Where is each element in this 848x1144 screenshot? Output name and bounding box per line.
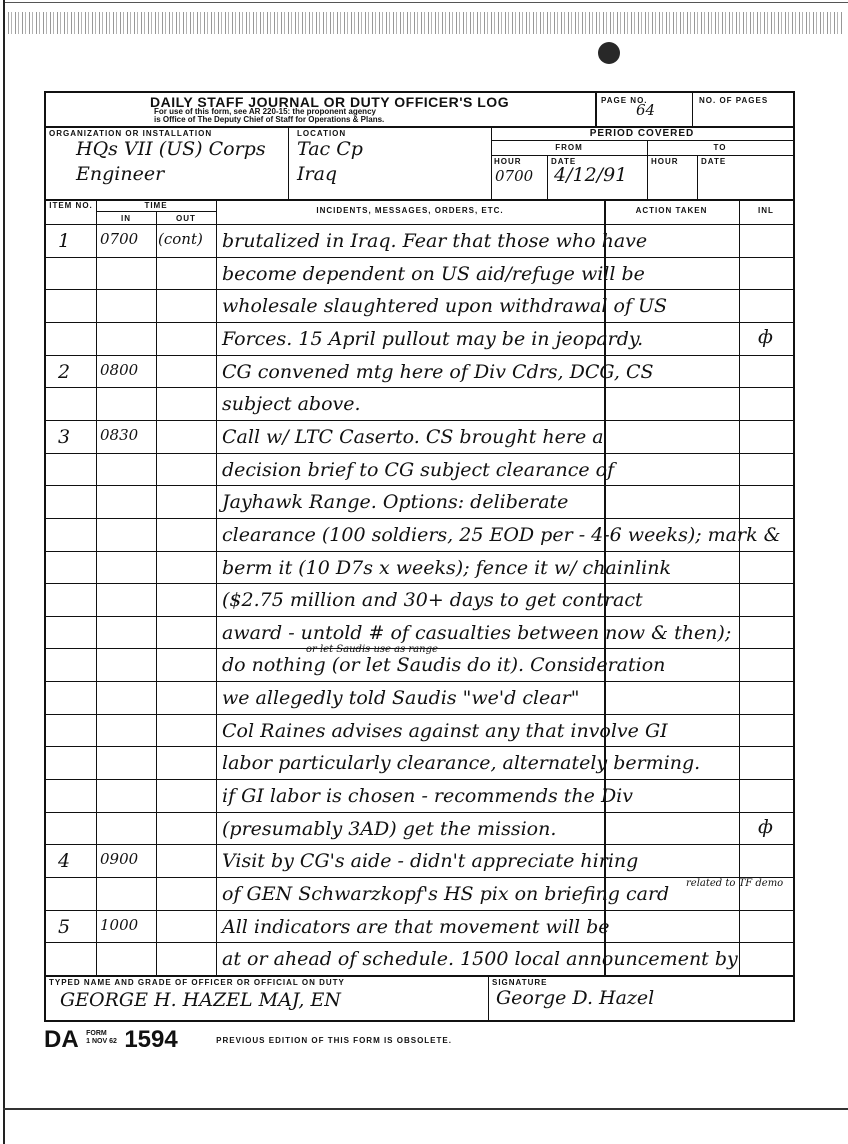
row-divider bbox=[46, 812, 793, 813]
item-no-cell[interactable]: 1 bbox=[58, 232, 70, 251]
organization-line-1[interactable]: HQs VII (US) Corps bbox=[76, 140, 266, 159]
row-divider bbox=[46, 583, 793, 584]
incident-text-cell[interactable]: ($2.75 million and 30+ days to get contr… bbox=[222, 591, 643, 610]
scan-noise-band bbox=[8, 12, 843, 34]
row-divider bbox=[46, 453, 793, 454]
no-of-pages-value[interactable] bbox=[699, 107, 789, 123]
row-divider bbox=[46, 518, 793, 519]
row-divider bbox=[46, 485, 793, 486]
item-no-cell[interactable]: 2 bbox=[58, 363, 70, 382]
incident-text-cell[interactable]: wholesale slaughtered upon withdrawal of… bbox=[222, 297, 667, 316]
incident-text-cell[interactable]: (presumably 3AD) get the mission. bbox=[222, 820, 556, 839]
row-divider bbox=[46, 910, 793, 911]
divider bbox=[288, 126, 289, 199]
action-taken-header: ACTION TAKEN bbox=[604, 206, 739, 215]
divider bbox=[491, 140, 793, 141]
row-divider bbox=[46, 779, 793, 780]
table-row: if GI labor is chosen - recommends the D… bbox=[46, 779, 793, 812]
time-out-cell[interactable]: (cont) bbox=[158, 232, 203, 247]
row-divider bbox=[46, 746, 793, 747]
table-row: clearance (100 soldiers, 25 EOD per - 4-… bbox=[46, 518, 793, 551]
form-number-footer: DA FORM 1 NOV 62 1594 PREVIOUS EDITION O… bbox=[44, 1026, 452, 1054]
divider bbox=[488, 975, 489, 1022]
row-divider bbox=[46, 877, 793, 878]
table-row: we allegedly told Saudis "we'd clear" bbox=[46, 681, 793, 714]
incident-text-cell[interactable]: do nothing (or let Saudis do it). Consid… bbox=[222, 656, 665, 675]
incidents-header: INCIDENTS, MESSAGES, ORDERS, ETC. bbox=[216, 206, 604, 215]
to-hour-value[interactable] bbox=[650, 169, 694, 189]
table-row: 10700(cont)brutalized in Iraq. Fear that… bbox=[46, 224, 793, 257]
scan-top-edge bbox=[3, 2, 848, 3]
divider bbox=[46, 975, 793, 977]
incident-text-cell[interactable]: Visit by CG's aide - didn't appreciate h… bbox=[222, 852, 638, 871]
incident-text-cell[interactable]: of GEN Schwarzkopf's HS pix on briefing … bbox=[222, 885, 669, 904]
incident-text-cell[interactable]: at or ahead of schedule. 1500 local anno… bbox=[222, 950, 738, 969]
divider bbox=[491, 155, 793, 156]
table-row: 40900Visit by CG's aide - didn't appreci… bbox=[46, 844, 793, 877]
row-divider bbox=[46, 551, 793, 552]
table-row: (presumably 3AD) get the mission.ф bbox=[46, 812, 793, 845]
table-row: berm it (10 D7s x weeks); fence it w/ ch… bbox=[46, 551, 793, 584]
form-date: 1 NOV 62 bbox=[86, 1038, 117, 1046]
organization-line-2[interactable]: Engineer bbox=[76, 165, 164, 184]
table-row: subject above. bbox=[46, 387, 793, 420]
table-row: at or ahead of schedule. 1500 local anno… bbox=[46, 942, 793, 975]
time-in-cell[interactable]: 0830 bbox=[100, 428, 138, 443]
divider bbox=[595, 93, 597, 126]
row-divider bbox=[46, 844, 793, 845]
table-row: 20800CG convened mtg here of Div Cdrs, D… bbox=[46, 355, 793, 388]
location-line-2[interactable]: Iraq bbox=[297, 165, 337, 184]
incident-text-cell[interactable]: Forces. 15 April pullout may be in jeopa… bbox=[222, 330, 643, 349]
obsolete-note: PREVIOUS EDITION OF THIS FORM IS OBSOLET… bbox=[216, 1036, 452, 1045]
form-subtitle-2: is Office of The Deputy Chief of Staff f… bbox=[154, 116, 384, 124]
time-in-cell[interactable]: 0800 bbox=[100, 363, 138, 378]
row-divider bbox=[46, 355, 793, 356]
period-covered-label: PERIOD COVERED bbox=[491, 128, 793, 139]
page-no-value[interactable]: 64 bbox=[636, 103, 655, 118]
incident-text-cell[interactable]: CG convened mtg here of Div Cdrs, DCG, C… bbox=[222, 363, 654, 382]
to-date-label: DATE bbox=[701, 157, 726, 166]
row-divider bbox=[46, 289, 793, 290]
table-row: labor particularly clearance, alternatel… bbox=[46, 746, 793, 779]
table-row: Col Raines advises against any that invo… bbox=[46, 714, 793, 747]
from-hour-value[interactable]: 0700 bbox=[495, 169, 533, 184]
divider bbox=[547, 155, 548, 199]
incident-text-cell[interactable]: berm it (10 D7s x weeks); fence it w/ ch… bbox=[222, 559, 671, 578]
typed-name-value[interactable]: GEORGE H. HAZEL MAJ, EN bbox=[60, 991, 341, 1010]
row-divider bbox=[46, 714, 793, 715]
location-line-1[interactable]: Tac Cp bbox=[297, 140, 363, 159]
typed-name-label: TYPED NAME AND GRADE OF OFFICER OR OFFIC… bbox=[49, 978, 345, 987]
table-row: Jayhawk Range. Options: deliberate bbox=[46, 485, 793, 518]
to-date-value[interactable] bbox=[701, 169, 789, 189]
row-divider bbox=[46, 257, 793, 258]
location-label: LOCATION bbox=[297, 129, 346, 138]
incident-text-cell[interactable]: subject above. bbox=[222, 395, 361, 414]
initials-mark-icon: ф bbox=[758, 328, 773, 347]
margin-note: related to TF demo bbox=[686, 879, 783, 889]
item-no-header: ITEM NO. bbox=[46, 201, 96, 210]
interlinear-note: or let Saudis use as range bbox=[306, 645, 438, 655]
incident-text-cell[interactable]: we allegedly told Saudis "we'd clear" bbox=[222, 689, 579, 708]
table-row: 30830Call w/ LTC Caserto. CS brought her… bbox=[46, 420, 793, 453]
from-date-value[interactable]: 4/12/91 bbox=[554, 166, 627, 185]
incident-text-cell[interactable]: decision brief to CG subject clearance o… bbox=[222, 461, 614, 480]
time-in-cell[interactable]: 0700 bbox=[100, 232, 138, 247]
scan-left-edge bbox=[3, 0, 5, 1144]
form-da: DA bbox=[44, 1026, 79, 1053]
incident-text-cell[interactable]: Col Raines advises against any that invo… bbox=[222, 722, 668, 741]
row-divider bbox=[46, 420, 793, 421]
divider bbox=[647, 140, 648, 199]
signature-label: SIGNATURE bbox=[492, 978, 548, 987]
time-out-header: OUT bbox=[156, 214, 216, 223]
to-label: TO bbox=[647, 143, 793, 152]
item-no-cell[interactable]: 4 bbox=[58, 852, 70, 871]
initials-mark-icon: ф bbox=[758, 818, 773, 837]
incident-text-cell[interactable]: Jayhawk Range. Options: deliberate bbox=[222, 493, 568, 512]
table-row: 51000All indicators are that movement wi… bbox=[46, 910, 793, 943]
from-hour-label: HOUR bbox=[494, 157, 522, 166]
divider bbox=[697, 155, 698, 199]
incident-text-cell[interactable]: Call w/ LTC Caserto. CS brought here a bbox=[222, 428, 604, 447]
form-word: FORM bbox=[86, 1030, 117, 1038]
row-divider bbox=[46, 616, 793, 617]
row-divider bbox=[46, 322, 793, 323]
incident-text-cell[interactable]: award - untold # of casualties between n… bbox=[222, 624, 731, 643]
incident-text-cell[interactable]: if GI labor is chosen - recommends the D… bbox=[222, 787, 633, 806]
table-row: wholesale slaughtered upon withdrawal of… bbox=[46, 289, 793, 322]
inl-header: INL bbox=[739, 206, 793, 215]
table-row: ($2.75 million and 30+ days to get contr… bbox=[46, 583, 793, 616]
signature-value[interactable]: George D. Hazel bbox=[496, 989, 654, 1008]
form-number: 1594 bbox=[124, 1026, 177, 1053]
incident-text-cell[interactable]: labor particularly clearance, alternatel… bbox=[222, 754, 700, 773]
table-row: decision brief to CG subject clearance o… bbox=[46, 453, 793, 486]
scan-ink-blot bbox=[598, 42, 620, 64]
time-in-cell[interactable]: 0900 bbox=[100, 852, 138, 867]
time-in-header: IN bbox=[96, 214, 156, 223]
to-hour-label: HOUR bbox=[651, 157, 679, 166]
table-row: Forces. 15 April pullout may be in jeopa… bbox=[46, 322, 793, 355]
item-no-cell[interactable]: 5 bbox=[58, 918, 70, 937]
row-divider bbox=[46, 387, 793, 388]
incident-text-cell[interactable]: All indicators are that movement will be bbox=[222, 918, 610, 937]
incident-text-cell[interactable]: brutalized in Iraq. Fear that those who … bbox=[222, 232, 647, 251]
item-no-cell[interactable]: 3 bbox=[58, 428, 70, 447]
organization-label: ORGANIZATION OR INSTALLATION bbox=[49, 129, 212, 138]
row-divider bbox=[46, 681, 793, 682]
table-row: become dependent on US aid/refuge will b… bbox=[46, 257, 793, 290]
time-header: TIME bbox=[96, 201, 216, 210]
row-divider bbox=[46, 942, 793, 943]
staff-journal-form: DAILY STAFF JOURNAL OR DUTY OFFICER'S LO… bbox=[44, 91, 795, 1022]
incident-text-cell[interactable]: become dependent on US aid/refuge will b… bbox=[222, 265, 645, 284]
table-row: of GEN Schwarzkopf's HS pix on briefing … bbox=[46, 877, 793, 910]
incident-text-cell[interactable]: clearance (100 soldiers, 25 EOD per - 4-… bbox=[222, 526, 781, 545]
divider bbox=[692, 93, 693, 126]
time-in-cell[interactable]: 1000 bbox=[100, 918, 138, 933]
no-of-pages-label: NO. OF PAGES bbox=[699, 96, 768, 105]
scan-bottom-edge bbox=[3, 1108, 848, 1110]
from-label: FROM bbox=[491, 143, 647, 152]
